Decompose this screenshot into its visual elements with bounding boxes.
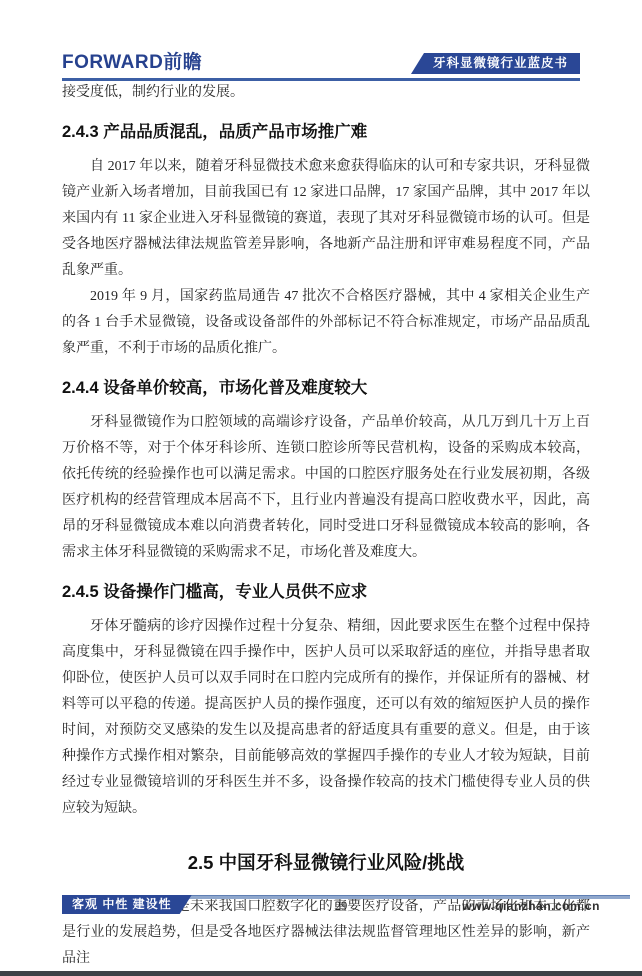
- bottom-edge-bar: [0, 971, 642, 976]
- section-heading: 2.4.3 产品品质混乱，品质产品市场推广难: [62, 119, 590, 145]
- section-2-4-3: 2.4.3 产品品质混乱，品质产品市场推广难 自 2017 年以来，随着牙科显微…: [62, 119, 590, 362]
- report-title-badge: 牙科显微镜行业蓝皮书: [411, 53, 580, 74]
- paragraph: 自 2017 年以来，随着牙科显微技术愈来愈获得临床的认可和专家共识，牙科显微镜…: [62, 154, 590, 284]
- section-2-4-5: 2.4.5 设备操作门槛高，专业人员供不应求 牙体牙髓病的诊疗因操作过程十分复杂…: [62, 579, 590, 822]
- chapter-heading: 2.5 中国牙科显微镜行业风险/挑战: [62, 848, 590, 878]
- section-heading: 2.4.5 设备操作门槛高，专业人员供不应求: [62, 579, 590, 605]
- section-heading: 2.4.4 设备单价较高，市场化普及难度较大: [62, 375, 590, 401]
- page-header: FORWARD前瞻 牙科显微镜行业蓝皮书: [0, 0, 642, 84]
- paragraph: 2019 年 9 月，国家药监局通告 47 批次不合格医疗器械，其中 4 家相关…: [62, 284, 590, 362]
- forward-qianzhan-logo: FORWARD前瞻: [62, 52, 202, 74]
- section-2-4-4: 2.4.4 设备单价较高，市场化普及难度较大 牙科显微镜作为口腔领域的高端诊疗设…: [62, 375, 590, 566]
- document-page: FORWARD前瞻 牙科显微镜行业蓝皮书 接受度低，制约行业的发展。 2.4.3…: [0, 0, 642, 976]
- website-link[interactable]: www.qianzhan.com.cn: [462, 899, 600, 913]
- page-content: 接受度低，制约行业的发展。 2.4.3 产品品质混乱，品质产品市场推广难 自 2…: [62, 80, 590, 972]
- paragraph: 牙科显微镜作为口腔领域的高端诊疗设备，产品单价较高，从几万到几十万上百万价格不等…: [62, 410, 590, 566]
- paragraph: 牙体牙髓病的诊疗因操作过程十分复杂、精细，因此要求医生在整个过程中保持高度集中，…: [62, 614, 590, 822]
- intro-continuation-paragraph: 接受度低，制约行业的发展。: [62, 80, 590, 106]
